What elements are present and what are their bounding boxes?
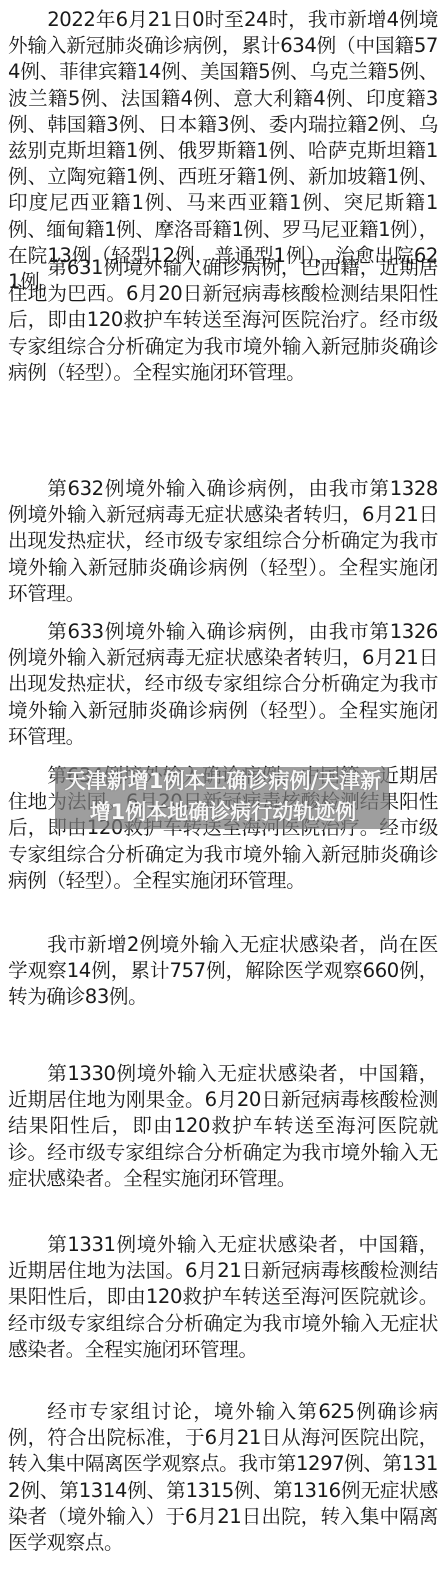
- paragraph-summary: 2022年6月21日0时至24时，我市新增4例境外输入新冠肺炎确诊病例，累计63…: [8, 7, 438, 295]
- paragraph-case-633: 第633例境外输入确诊病例，由我市第1326例境外输入新冠病毒无症状感染者转归，…: [8, 619, 438, 750]
- paragraph-case-632: 第632例境外输入确诊病例，由我市第1328例境外输入新冠病毒无症状感染者转归，…: [8, 476, 438, 607]
- paragraph-asymptomatic-1331: 第1331例境外输入无症状感染者，中国籍，近期居住地为法国。6月21日新冠病毒核…: [8, 1232, 438, 1363]
- overlay-title: 天津新增1例本土确诊病例/天津新增1例本地确诊病行动轨迹例: [58, 766, 388, 828]
- paragraph-case-631: 第631例境外输入确诊病例，巴西籍，近期居住地为巴西。6月20日新冠病毒核酸检测…: [8, 255, 438, 386]
- paragraph-discharge: 经市专家组讨论，境外输入第625例确诊病例，符合出院标准，于6月21日从海河医院…: [8, 1399, 438, 1556]
- paragraph-asymptomatic-1330: 第1330例境外输入无症状感染者，中国籍，近期居住地为刚果金。6月20日新冠病毒…: [8, 1061, 438, 1192]
- paragraph-asymptomatic-summary: 我市新增2例境外输入无症状感染者，尚在医学观察14例，累计757例，解除医学观察…: [8, 932, 438, 1011]
